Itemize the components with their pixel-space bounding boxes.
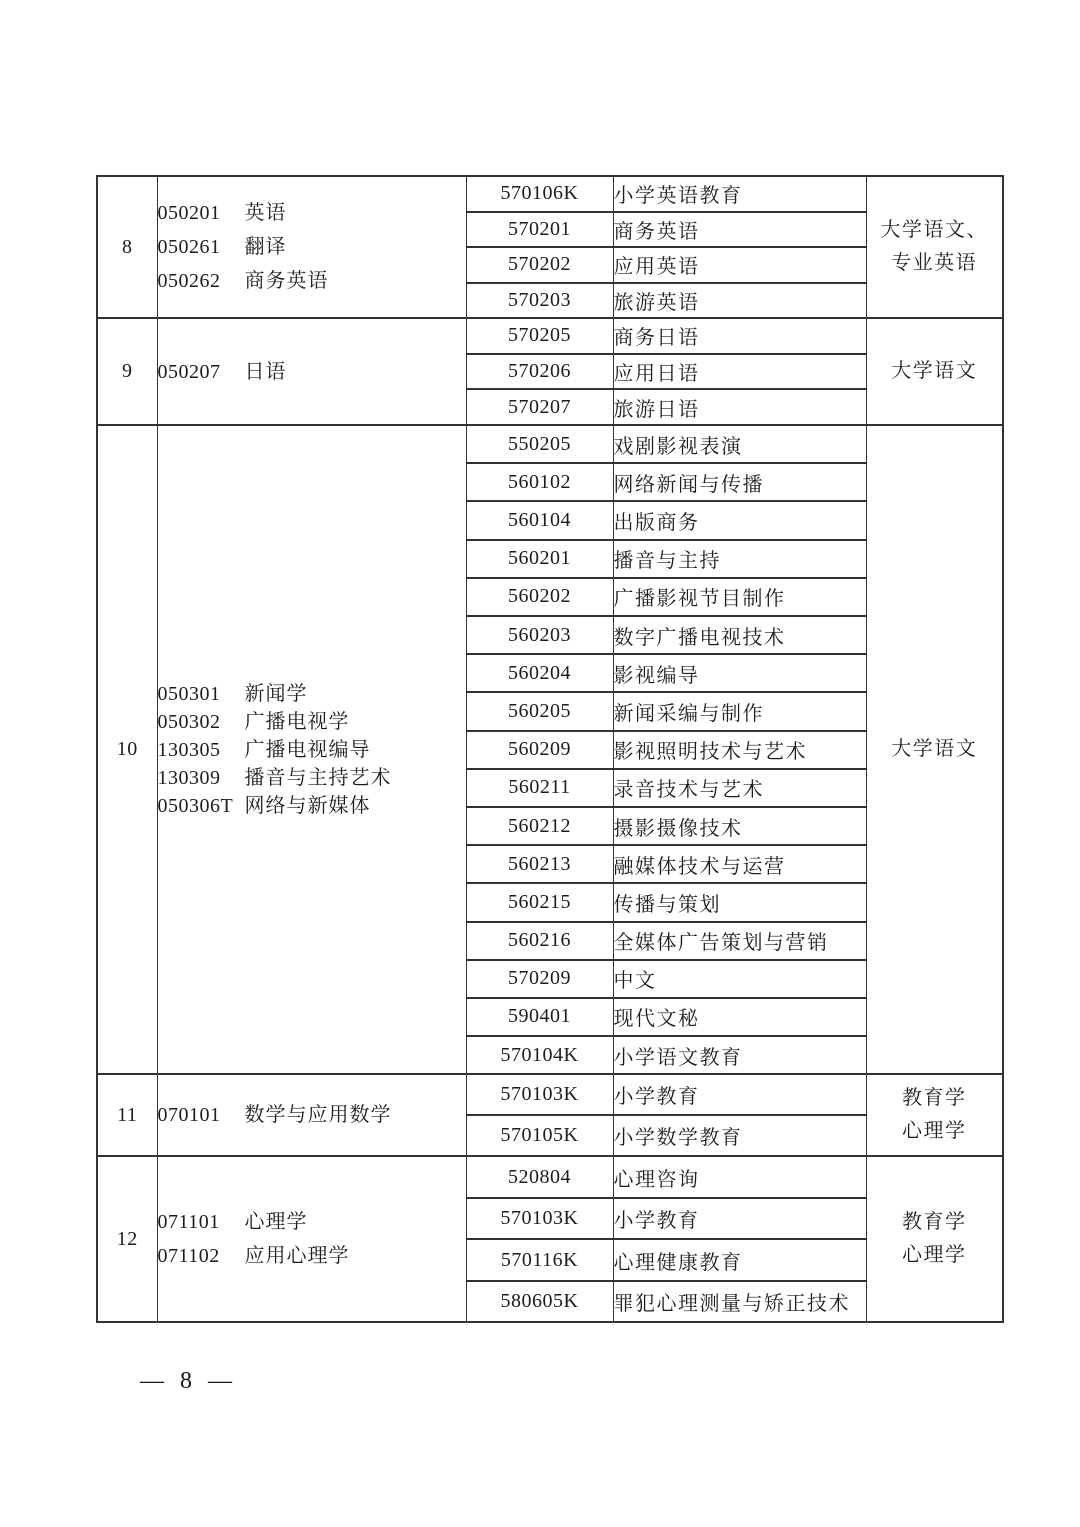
document-page: 8050201英语050261翻译050262商务英语570106K小学英语教育… xyxy=(0,0,1080,1527)
vocational-code-cell: 560203 xyxy=(466,616,613,654)
vocational-code-cell: 560211 xyxy=(466,769,613,807)
major-line: 050201英语 xyxy=(158,196,466,230)
vocational-name-cell: 小学教育 xyxy=(613,1074,866,1115)
table-row: 8050201英语050261翻译050262商务英语570106K小学英语教育… xyxy=(97,176,1003,212)
major-code: 050301 xyxy=(158,680,245,708)
serial-cell: 11 xyxy=(97,1074,157,1156)
vocational-name-cell: 影视照明技术与艺术 xyxy=(613,731,866,769)
vocational-code-cell: 580605K xyxy=(466,1281,613,1323)
vocational-name-cell: 影视编导 xyxy=(613,654,866,692)
vocational-name-cell: 广播影视节目制作 xyxy=(613,578,866,616)
exam-line: 大学语文、 xyxy=(867,214,1003,247)
vocational-name-cell: 中文 xyxy=(613,960,866,998)
vocational-name-cell: 应用英语 xyxy=(613,247,866,283)
vocational-code-cell: 570103K xyxy=(466,1198,613,1240)
major-line: 050207日语 xyxy=(158,355,466,389)
vocational-name-cell: 商务英语 xyxy=(613,212,866,248)
table-row: 11070101数学与应用数学570103K小学教育教育学心理学 xyxy=(97,1074,1003,1115)
majors-table: 8050201英语050261翻译050262商务英语570106K小学英语教育… xyxy=(96,175,1004,1323)
major-name: 英语 xyxy=(245,202,287,224)
major-code: 130309 xyxy=(158,764,245,792)
serial-cell: 8 xyxy=(97,176,157,318)
major-code: 050261 xyxy=(158,230,245,264)
vocational-name-cell: 旅游日语 xyxy=(613,389,866,425)
vocational-name-cell: 罪犯心理测量与矫正技术 xyxy=(613,1281,866,1323)
vocational-code-cell: 570104K xyxy=(466,1036,613,1074)
vocational-code-cell: 520804 xyxy=(466,1156,613,1198)
vocational-name-cell: 旅游英语 xyxy=(613,283,866,319)
major-line: 130305广播电视编导 xyxy=(158,736,466,764)
major-line: 130309播音与主持艺术 xyxy=(158,764,466,792)
major-line: 050261翻译 xyxy=(158,230,466,264)
vocational-name-cell: 心理健康教育 xyxy=(613,1239,866,1281)
vocational-name-cell: 心理咨询 xyxy=(613,1156,866,1198)
major-code: 071101 xyxy=(158,1205,245,1239)
undergrad-majors-cell: 050301新闻学050302广播电视学130305广播电视编导130309播音… xyxy=(157,425,466,1074)
page-footer: — 8 — xyxy=(140,1368,233,1395)
vocational-code-cell: 560216 xyxy=(466,922,613,960)
vocational-name-cell: 商务日语 xyxy=(613,318,866,354)
vocational-code-cell: 570209 xyxy=(466,960,613,998)
undergrad-majors-cell: 071101心理学071102应用心理学 xyxy=(157,1156,466,1322)
vocational-name-cell: 全媒体广告策划与营销 xyxy=(613,922,866,960)
vocational-name-cell: 摄影摄像技术 xyxy=(613,807,866,845)
exam-line: 教育学 xyxy=(867,1082,1003,1115)
table-row: 9050207日语570205商务日语大学语文 xyxy=(97,318,1003,354)
vocational-code-cell: 570205 xyxy=(466,318,613,354)
major-line: 070101数学与应用数学 xyxy=(158,1098,466,1132)
vocational-code-cell: 570106K xyxy=(466,176,613,212)
vocational-code-cell: 560212 xyxy=(466,807,613,845)
exam-line: 大学语文 xyxy=(867,355,1003,388)
major-code: 050207 xyxy=(158,355,245,389)
vocational-code-cell: 560209 xyxy=(466,731,613,769)
serial-cell: 9 xyxy=(97,318,157,425)
major-name: 网络与新媒体 xyxy=(245,795,371,817)
page-number: — 8 — xyxy=(140,1368,233,1394)
vocational-name-cell: 小学语文教育 xyxy=(613,1036,866,1074)
major-code: 050201 xyxy=(158,196,245,230)
exam-line: 心理学 xyxy=(867,1115,1003,1148)
major-name: 商务英语 xyxy=(245,270,329,292)
vocational-code-cell: 550205 xyxy=(466,425,613,463)
major-line: 050262商务英语 xyxy=(158,264,466,298)
vocational-name-cell: 网络新闻与传播 xyxy=(613,463,866,501)
table-row: 10050301新闻学050302广播电视学130305广播电视编导130309… xyxy=(97,425,1003,463)
major-name: 应用心理学 xyxy=(245,1245,350,1267)
major-name: 日语 xyxy=(245,361,287,383)
vocational-code-cell: 570203 xyxy=(466,283,613,319)
vocational-code-cell: 560202 xyxy=(466,578,613,616)
major-name: 新闻学 xyxy=(245,683,308,705)
major-line: 050302广播电视学 xyxy=(158,708,466,736)
major-name: 翻译 xyxy=(245,236,287,258)
exam-subjects-cell: 教育学心理学 xyxy=(866,1074,1003,1156)
major-code: 071102 xyxy=(158,1239,245,1273)
exam-subjects-cell: 大学语文 xyxy=(866,318,1003,425)
vocational-code-cell: 590401 xyxy=(466,998,613,1036)
serial-cell: 12 xyxy=(97,1156,157,1322)
major-name: 广播电视编导 xyxy=(245,739,371,761)
major-line: 071102应用心理学 xyxy=(158,1239,466,1273)
vocational-name-cell: 录音技术与艺术 xyxy=(613,769,866,807)
vocational-code-cell: 570202 xyxy=(466,247,613,283)
exam-subjects-cell: 大学语文、专业英语 xyxy=(866,176,1003,318)
vocational-name-cell: 新闻采编与制作 xyxy=(613,692,866,730)
vocational-code-cell: 560102 xyxy=(466,463,613,501)
vocational-name-cell: 播音与主持 xyxy=(613,540,866,578)
vocational-code-cell: 570206 xyxy=(466,354,613,390)
vocational-code-cell: 560205 xyxy=(466,692,613,730)
major-code: 130305 xyxy=(158,736,245,764)
exam-line: 专业英语 xyxy=(867,247,1003,280)
vocational-name-cell: 小学英语教育 xyxy=(613,176,866,212)
exam-subjects-cell: 教育学心理学 xyxy=(866,1156,1003,1322)
major-name: 播音与主持艺术 xyxy=(245,767,392,789)
vocational-code-cell: 570105K xyxy=(466,1115,613,1156)
vocational-name-cell: 小学数学教育 xyxy=(613,1115,866,1156)
undergrad-majors-cell: 050207日语 xyxy=(157,318,466,425)
vocational-name-cell: 传播与策划 xyxy=(613,883,866,921)
vocational-code-cell: 560204 xyxy=(466,654,613,692)
vocational-code-cell: 560201 xyxy=(466,540,613,578)
vocational-name-cell: 小学教育 xyxy=(613,1198,866,1240)
vocational-code-cell: 570201 xyxy=(466,212,613,248)
vocational-code-cell: 560215 xyxy=(466,883,613,921)
vocational-name-cell: 融媒体技术与运营 xyxy=(613,845,866,883)
undergrad-majors-cell: 050201英语050261翻译050262商务英语 xyxy=(157,176,466,318)
major-code: 050302 xyxy=(158,708,245,736)
major-code: 050306T xyxy=(158,792,245,820)
vocational-name-cell: 数字广播电视技术 xyxy=(613,616,866,654)
major-line: 050306T网络与新媒体 xyxy=(158,792,466,820)
vocational-code-cell: 570116K xyxy=(466,1239,613,1281)
exam-subjects-cell: 大学语文 xyxy=(866,425,1003,1074)
major-line: 071101心理学 xyxy=(158,1205,466,1239)
major-line: 050301新闻学 xyxy=(158,680,466,708)
exam-line: 教育学 xyxy=(867,1206,1003,1239)
major-name: 数学与应用数学 xyxy=(245,1104,392,1126)
serial-cell: 10 xyxy=(97,425,157,1074)
vocational-code-cell: 560213 xyxy=(466,845,613,883)
vocational-name-cell: 应用日语 xyxy=(613,354,866,390)
undergrad-majors-cell: 070101数学与应用数学 xyxy=(157,1074,466,1156)
exam-line: 大学语文 xyxy=(867,733,1003,766)
exam-line: 心理学 xyxy=(867,1239,1003,1272)
vocational-name-cell: 出版商务 xyxy=(613,501,866,539)
major-name: 心理学 xyxy=(245,1211,308,1233)
vocational-code-cell: 570103K xyxy=(466,1074,613,1115)
vocational-name-cell: 现代文秘 xyxy=(613,998,866,1036)
vocational-code-cell: 570207 xyxy=(466,389,613,425)
vocational-name-cell: 戏剧影视表演 xyxy=(613,425,866,463)
table-row: 12071101心理学071102应用心理学520804心理咨询教育学心理学 xyxy=(97,1156,1003,1198)
major-code: 070101 xyxy=(158,1098,245,1132)
major-name: 广播电视学 xyxy=(245,711,350,733)
vocational-code-cell: 560104 xyxy=(466,501,613,539)
major-code: 050262 xyxy=(158,264,245,298)
